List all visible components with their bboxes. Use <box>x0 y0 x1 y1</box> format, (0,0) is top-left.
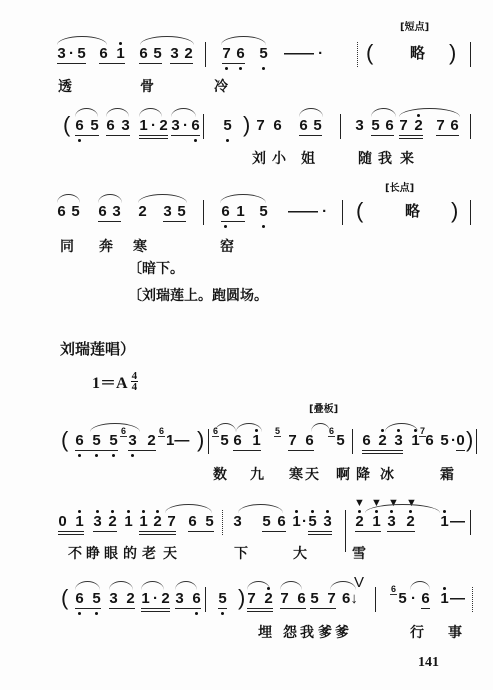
note: 3 <box>109 590 118 607</box>
note-group: 01 <box>58 513 84 532</box>
stage-direction-exit: 〔暗下。 <box>128 261 184 278</box>
barline <box>375 587 376 612</box>
note: 7 <box>247 590 256 607</box>
note-group: 1·2 <box>141 590 170 609</box>
lyric-char: 埋 <box>258 625 272 641</box>
note-group: 5 <box>398 590 407 608</box>
note-group: 61 <box>233 432 261 451</box>
note: 6 <box>192 590 201 607</box>
barline <box>205 42 206 67</box>
lyric-char: 啊 <box>336 467 350 483</box>
lyric-char: 我 <box>300 625 314 641</box>
notation-mark: 6↓ <box>342 590 358 607</box>
note-group: 57 <box>310 590 336 609</box>
note: 6 <box>233 432 242 449</box>
barline <box>476 429 477 454</box>
slur <box>280 581 302 590</box>
music-system: 013211276535615321321·▼▼▼▼— <box>0 513 493 537</box>
note: 6 <box>191 117 200 134</box>
lyric-char: 冷 <box>214 79 228 95</box>
note-group: 655 <box>75 432 118 451</box>
note: 1 <box>236 203 245 220</box>
note: 7 <box>167 513 176 530</box>
note: 5 <box>223 117 232 134</box>
slur <box>57 194 80 203</box>
slur <box>75 581 100 590</box>
note-group: 6 <box>425 432 434 450</box>
lyric-char: 下 <box>234 546 248 562</box>
lyric-char: 大 <box>293 546 307 562</box>
note: 1 <box>141 590 150 607</box>
music-system: 6563235615—— ·(略) <box>0 203 493 227</box>
note-group: 1 <box>440 590 449 608</box>
barline <box>342 200 343 225</box>
note: 1 <box>252 432 261 449</box>
note-group: 65 <box>299 117 322 136</box>
note-group: 32 <box>170 45 193 64</box>
slur <box>165 504 212 513</box>
time-signature: 4 4 <box>131 371 139 392</box>
slur <box>57 36 107 45</box>
note: 2 <box>414 117 423 134</box>
note-group: 32 <box>128 432 156 451</box>
note: 2 <box>406 513 415 530</box>
note: · <box>181 117 190 134</box>
note: 6 <box>106 117 115 134</box>
note: 6 <box>236 45 245 62</box>
note: 6 <box>421 590 430 607</box>
notation-mark: — <box>450 513 465 530</box>
note-group: 0 <box>456 432 465 451</box>
note: 5 <box>440 432 449 449</box>
lyric-char: 寒 <box>289 467 303 483</box>
note: 7 <box>280 590 289 607</box>
lyric-char: 同 <box>60 239 74 255</box>
note: 6 <box>188 513 197 530</box>
barline <box>470 200 471 225</box>
slur <box>215 423 236 432</box>
note: 3 <box>394 432 403 449</box>
notation-mark: 略 <box>410 45 425 62</box>
note: 3 <box>93 513 102 530</box>
slur <box>171 108 196 117</box>
note: 6 <box>385 117 394 134</box>
note: 7 <box>399 117 408 134</box>
note: · <box>149 117 158 134</box>
lyric-char: 天 <box>305 467 319 483</box>
grace-note: 6 <box>390 584 397 595</box>
lyric-char: 不 <box>68 546 82 562</box>
note: 3 <box>387 513 396 530</box>
note-group: 3 <box>233 513 242 531</box>
lyric-char: 行 <box>410 625 424 641</box>
note: 3 <box>121 117 130 134</box>
barline <box>345 510 346 552</box>
note-group: 63 <box>106 117 130 136</box>
note: 5 <box>336 432 345 449</box>
note: 5 <box>313 117 322 134</box>
note: 1 <box>75 513 84 530</box>
lyric-char: 刘 <box>252 151 266 167</box>
note: 7 <box>327 590 336 607</box>
note: 5 <box>259 203 268 220</box>
note: 5 <box>109 432 118 449</box>
note: 5 <box>262 513 271 530</box>
note-group: 65 <box>75 117 99 136</box>
slur <box>410 581 430 590</box>
note-group: 65 <box>188 513 214 532</box>
note: 3 <box>163 203 172 220</box>
note: 7 <box>256 117 265 134</box>
lyric-char: 霜 <box>440 467 454 483</box>
lyric-char: 随 <box>358 151 372 167</box>
slur <box>98 194 122 203</box>
note-group: 32 <box>93 513 117 532</box>
lyric-char: 冰 <box>380 467 394 483</box>
note: 3 <box>170 45 179 62</box>
lyric-char: 雪 <box>352 546 366 562</box>
note-group: 21 <box>355 513 381 532</box>
lyric-char: 怨 <box>283 625 297 641</box>
lyric-char: 天 <box>163 546 177 562</box>
lyric-char: 骨 <box>140 79 154 95</box>
note-group: 65 <box>75 590 101 609</box>
note: 6 <box>221 203 230 220</box>
page-number: 141 <box>418 655 439 671</box>
notation-mark: — <box>450 590 465 607</box>
note: 7 <box>436 117 445 134</box>
note-group: 5 <box>220 432 229 450</box>
note: 3 <box>233 513 242 530</box>
slur <box>140 36 194 45</box>
slur <box>236 423 262 432</box>
notation-mark: · <box>451 432 456 449</box>
note: 6 <box>139 45 148 62</box>
note: 5 <box>92 432 101 449</box>
note: 3 <box>355 117 364 134</box>
note: 2 <box>147 432 156 449</box>
barline <box>352 429 353 454</box>
parenthesis: ) <box>466 429 473 451</box>
notation-mark: · <box>302 513 307 530</box>
note: 6 <box>450 117 459 134</box>
note: 2 <box>184 45 193 62</box>
note-group: 6 <box>421 590 430 609</box>
note: 1 <box>124 513 133 530</box>
lyric-char: 小 <box>272 151 286 167</box>
barline <box>203 200 204 225</box>
lyric-char: 窑 <box>220 239 234 255</box>
note-group: 36 <box>175 590 201 609</box>
note: 6 <box>57 203 66 220</box>
note-group: 76 <box>288 432 314 451</box>
note-group: 72 <box>247 590 273 609</box>
note: 7 <box>222 45 231 62</box>
lyric-char: 寒 <box>133 239 147 255</box>
slur <box>75 108 98 117</box>
note: 5 <box>310 590 319 607</box>
note-group: 76 <box>280 590 306 609</box>
barline <box>470 42 471 67</box>
barline <box>208 429 209 454</box>
score-page: [短点] [长点] [叠板] 〔暗下。 〔刘瑞莲上。跑圆场。 刘瑞莲唱） 1＝A… <box>0 0 493 690</box>
lyric-char: 我 <box>378 151 392 167</box>
music-system: 65631·23·6576653567276() <box>0 117 493 141</box>
note: 6 <box>297 590 306 607</box>
key-text: 1＝A <box>92 370 128 393</box>
note: 1 <box>292 513 301 530</box>
note: 2 <box>138 203 147 220</box>
note-group: 35 <box>163 203 186 222</box>
grace-note: 6 <box>158 426 165 437</box>
lyric-char: 来 <box>400 151 414 167</box>
note-group: 2 <box>138 203 147 221</box>
time-signature-denominator: 4 <box>132 382 138 392</box>
note: 2 <box>378 432 387 449</box>
lyric-char: 爹 <box>318 625 332 641</box>
note-group: 63 <box>98 203 121 222</box>
barline <box>470 114 471 139</box>
parenthesis: ( <box>356 200 363 222</box>
parenthesis: ( <box>61 587 68 609</box>
note-group: 1·2 <box>139 117 168 136</box>
slur <box>247 581 270 590</box>
note: 3 <box>128 432 137 449</box>
parenthesis: ( <box>366 42 373 64</box>
note: 6 <box>305 432 314 449</box>
slur <box>299 108 323 117</box>
note: 2 <box>126 590 135 607</box>
slur <box>90 423 140 432</box>
note: 6 <box>75 590 84 607</box>
parenthesis: ) <box>197 429 204 451</box>
note: 5 <box>371 117 380 134</box>
note: 0 <box>58 513 67 530</box>
grace-note: 7 <box>419 426 426 437</box>
note: 2 <box>355 513 364 530</box>
note: 5 <box>92 590 101 607</box>
parenthesis: ) <box>451 200 458 222</box>
barline <box>357 42 358 67</box>
slur <box>311 423 330 432</box>
slur <box>330 581 356 590</box>
note: 5 <box>220 432 229 449</box>
notation-mark: —— · <box>288 203 327 220</box>
note: 0 <box>456 432 465 449</box>
lyric-char: 的 <box>123 546 137 562</box>
note-group: 32 <box>109 590 135 609</box>
slur <box>106 108 129 117</box>
note-group: 5 <box>218 590 227 609</box>
note: 1 <box>440 513 449 530</box>
note-group: 76 <box>436 117 459 136</box>
parenthesis: ) <box>243 114 250 136</box>
barline <box>205 587 206 612</box>
accent-triangle-icon: ▼ <box>354 495 365 512</box>
notation-mark: · <box>411 590 416 607</box>
note: 5 <box>259 45 268 62</box>
lyric-char: 老 <box>142 546 156 562</box>
note-group: 5 <box>259 45 268 63</box>
note-group: 56 <box>371 117 394 136</box>
slur <box>138 194 187 203</box>
note: 6 <box>362 432 371 449</box>
note: 7 <box>288 432 297 449</box>
lyric-char: 九 <box>250 467 264 483</box>
note: 1 <box>440 590 449 607</box>
note-group: 65 <box>57 203 80 221</box>
music-system: 65321·23657276575616()6↓V·— <box>0 590 493 614</box>
music-system: 655325617656231650666567(1—)·) <box>0 432 493 456</box>
note: 5 <box>77 45 86 62</box>
note: 6 <box>75 117 84 134</box>
slur <box>399 108 460 117</box>
note-group: 61 <box>221 203 245 222</box>
note: 1 <box>116 45 125 62</box>
note: 2 <box>264 590 273 607</box>
lyric-char: 奔 <box>99 239 113 255</box>
note: 5 <box>308 513 317 530</box>
section-label-short-point: [短点] <box>400 22 429 34</box>
lyric-char: 爹 <box>335 625 349 641</box>
note: 5 <box>398 590 407 607</box>
notation-mark: 1— <box>166 432 189 449</box>
barline <box>203 114 204 139</box>
note: 6 <box>98 203 107 220</box>
note-group: 56 <box>262 513 286 532</box>
note: 1 <box>372 513 381 530</box>
slur <box>141 581 164 590</box>
note: 3 <box>57 45 66 62</box>
note-group: 1 <box>440 513 449 531</box>
slur <box>175 581 197 590</box>
note: 6 <box>299 117 308 134</box>
note: 5 <box>90 117 99 134</box>
grace-note: 5 <box>274 426 281 437</box>
note: 6 <box>99 45 108 62</box>
note: 6 <box>425 432 434 449</box>
slur <box>109 581 133 590</box>
note: 5 <box>205 513 214 530</box>
note: 5 <box>153 45 162 62</box>
parenthesis: ) <box>449 42 456 64</box>
barline <box>472 587 473 612</box>
note: 2 <box>161 590 170 607</box>
parenthesis: ( <box>63 114 70 136</box>
note: 6 <box>75 432 84 449</box>
barline <box>222 510 223 535</box>
note: 6 <box>273 117 282 134</box>
slur <box>221 36 266 45</box>
section-label-long-point: [长点] <box>385 183 414 195</box>
note: · <box>151 590 160 607</box>
music-system: 3·5616532765—— ·(略) <box>0 45 493 69</box>
notation-mark: 略 <box>405 203 420 220</box>
note-group: 3·6 <box>171 117 200 136</box>
slur <box>220 194 266 203</box>
note-group: 623 <box>362 432 403 451</box>
note: · <box>67 45 76 62</box>
parenthesis: ) <box>238 587 245 609</box>
slur <box>139 108 162 117</box>
note: 5 <box>71 203 80 220</box>
lyric-char: 姐 <box>301 151 315 167</box>
stage-direction-enter: 〔刘瑞莲上。跑圆场。 <box>128 288 268 305</box>
note: 1 <box>139 513 148 530</box>
note: 6 <box>277 513 286 530</box>
lyric-char: 眼 <box>104 546 118 562</box>
lyric-char: 睁 <box>86 546 100 562</box>
note: 3 <box>171 117 180 134</box>
singer-heading: 刘瑞莲唱） <box>60 338 135 359</box>
note-group: 1 <box>292 513 301 531</box>
note: 5 <box>177 203 186 220</box>
note-group: 127 <box>139 513 176 532</box>
note: 5 <box>218 590 227 607</box>
note-group: 65 <box>139 45 162 64</box>
note-group: 76 <box>222 45 245 64</box>
section-label-die-ban: [叠板] <box>309 404 338 416</box>
lyric-char: 事 <box>448 625 462 641</box>
note: 3 <box>112 203 121 220</box>
note-group: 76 <box>256 117 282 135</box>
note-group: 32 <box>387 513 415 532</box>
barline <box>340 114 341 139</box>
note-group: 3 <box>355 117 364 135</box>
note: 3 <box>323 513 332 530</box>
note-group: 5 <box>336 432 345 450</box>
note: 2 <box>108 513 117 530</box>
note-group: 3·5 <box>57 45 86 64</box>
lyric-char: 透 <box>58 79 72 95</box>
slur <box>371 108 396 117</box>
note-group: 72 <box>399 117 423 136</box>
notation-mark: —— · <box>284 45 323 62</box>
key-signature: 1＝A 4 4 <box>92 370 138 393</box>
lyric-char: 降 <box>356 467 370 483</box>
note-group: 5 <box>259 203 268 221</box>
note-group: 53 <box>308 513 332 532</box>
note-group: 5 <box>223 117 232 135</box>
note-group: 1 <box>124 513 133 531</box>
barline <box>470 510 471 535</box>
parenthesis: ( <box>61 429 68 451</box>
slur <box>238 504 283 513</box>
note: 1 <box>139 117 148 134</box>
lyric-char: 数 <box>213 467 227 483</box>
note: 2 <box>153 513 162 530</box>
note: 2 <box>159 117 168 134</box>
slur <box>385 423 418 432</box>
note: 3 <box>175 590 184 607</box>
note-group: 5 <box>440 432 449 450</box>
note-group: 61 <box>99 45 125 64</box>
